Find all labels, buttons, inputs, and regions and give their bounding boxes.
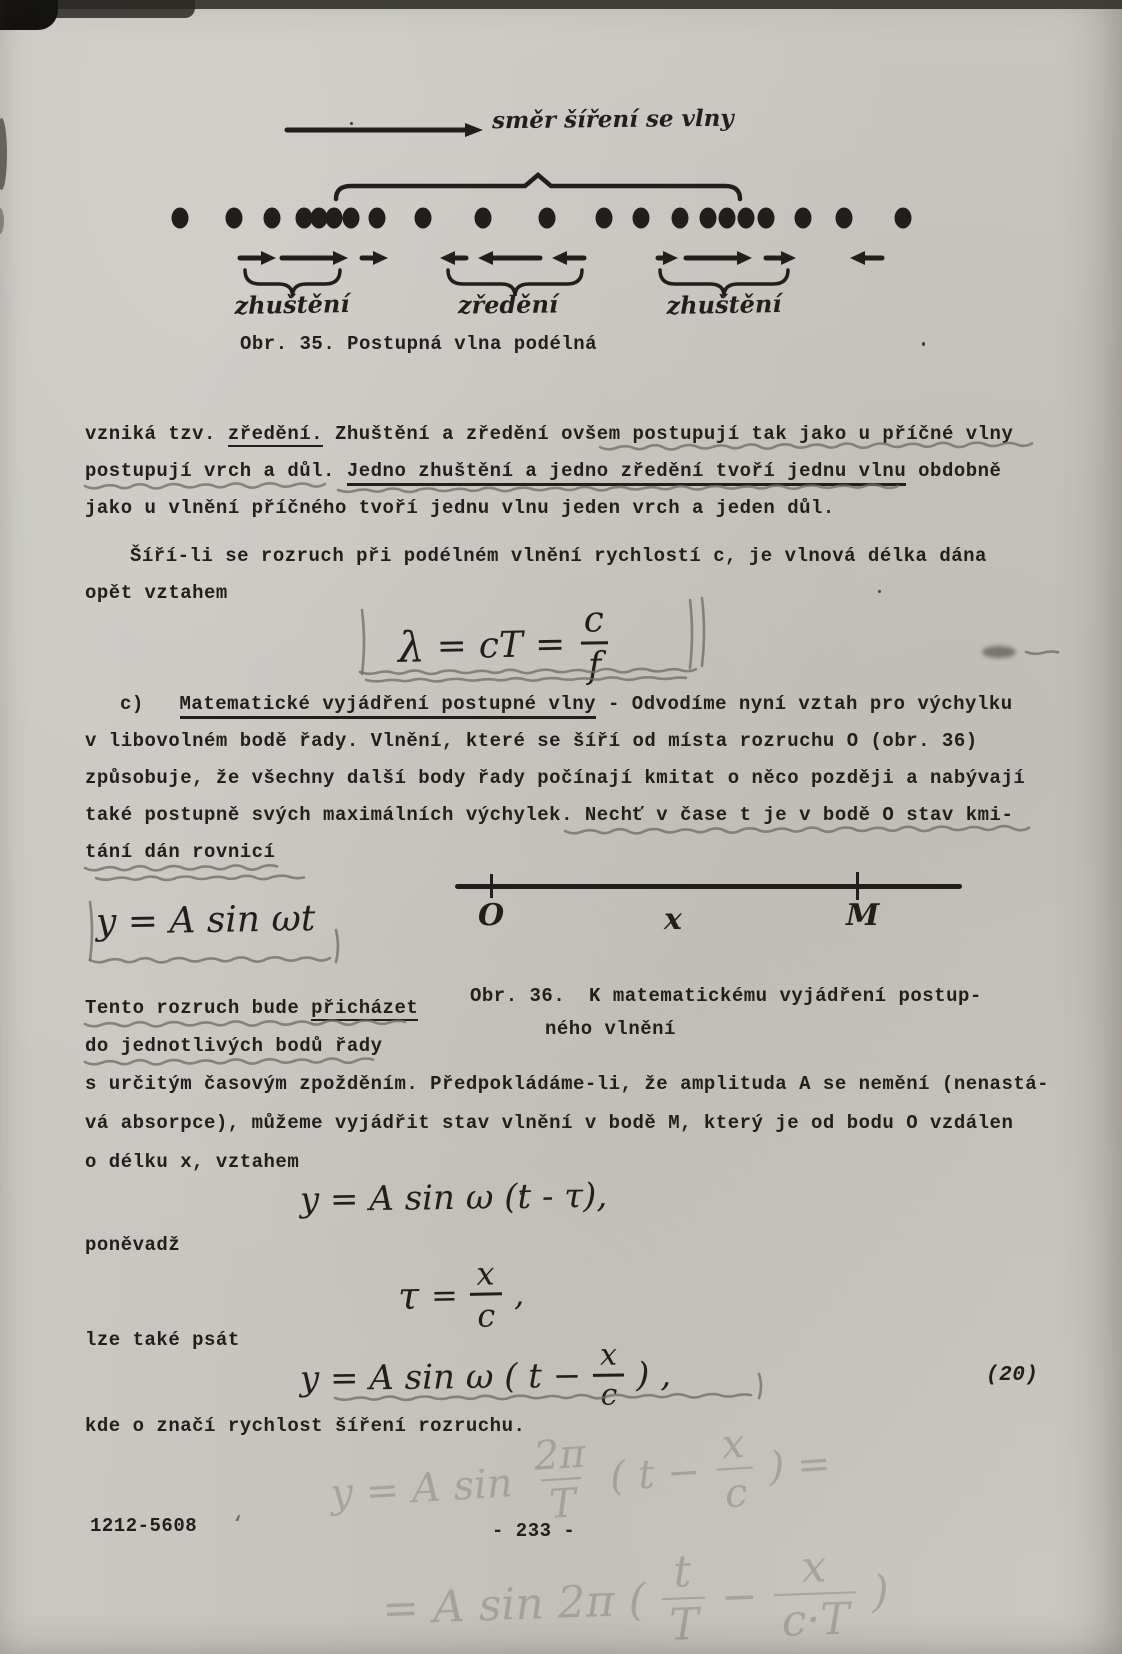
underlined-text: přicházet xyxy=(311,997,418,1021)
paragraph-line: s určitým časovým zpožděním. Předpokládá… xyxy=(85,1072,1049,1096)
text-run: Zhuštění a zředění ovšem postupují tak j… xyxy=(323,423,1013,445)
fraction-x-over-c: x c xyxy=(593,1341,625,1411)
section-letter: c) xyxy=(120,693,180,715)
pencil-run: − xyxy=(720,1571,759,1623)
text-run: vzniká tzv. xyxy=(85,423,228,445)
lambda-symbol: λ xyxy=(398,622,425,671)
paragraph-line: tání dán rovnicí xyxy=(85,840,275,864)
pencil-run: = A sin 2π ( xyxy=(381,1575,646,1635)
numerator: x xyxy=(714,1424,753,1469)
pencil-fraction: 2π T xyxy=(526,1433,597,1526)
speck xyxy=(922,342,925,346)
underlined-text: zředění. xyxy=(228,423,323,447)
section-heading: Matematické vyjádření postupné vlny xyxy=(180,693,597,719)
comma: , xyxy=(514,1275,525,1313)
paragraph-line: do jednotlivých bodů řady xyxy=(85,1034,383,1058)
pencil-formula-2: = A sin 2π ( t T − x c·T ) xyxy=(380,1543,890,1654)
paragraph-line: Tento rozruch bude přicházet xyxy=(85,996,418,1020)
pencil-fraction: x c xyxy=(714,1424,756,1515)
paragraph-line: o délku x, vztahem xyxy=(85,1150,299,1174)
figure-36-distance-x-label: x xyxy=(664,902,682,937)
travelling-wave-equation: y = A sin ω ( t − x c ) , xyxy=(300,1340,672,1414)
paragraph-line: kde o značí rychlost šíření rozruchu. xyxy=(85,1414,525,1438)
wavelength-formula: λ = cT = c f xyxy=(397,602,612,688)
figure-35-longitudinal-wave-diagram xyxy=(0,0,1122,340)
pencil-fraction: x c·T xyxy=(772,1544,857,1644)
paragraph-line: vá absorpce), můžeme vyjádřit stav vlněn… xyxy=(85,1111,1013,1135)
numerator: x xyxy=(794,1545,834,1593)
fraction-x-over-c: x c xyxy=(469,1257,502,1332)
paragraph-line: také postupně svých maximálních výchylek… xyxy=(85,803,1013,827)
equation-right-part: ) , xyxy=(636,1355,671,1395)
paragraph-line: jako u vlnění příčného tvoří jednu vlnu … xyxy=(85,496,835,520)
figure-36-point-o-label: O xyxy=(478,898,504,933)
denominator: c xyxy=(470,1292,503,1332)
footer-pencil-tick: ‘ xyxy=(232,1512,244,1536)
equation-left-part: y = A sin ω ( t − xyxy=(300,1356,582,1399)
text-run: - Odvodíme nyní vztah pro výchylku xyxy=(596,693,1013,715)
figure-36-caption-line-2: ného vlnění xyxy=(545,1017,676,1041)
direction-of-propagation-label: směr šíření se vlny xyxy=(492,105,734,135)
equals-sign: = xyxy=(436,625,467,667)
scan-left-blob-2 xyxy=(0,208,4,234)
paragraph-line: opět vztahem xyxy=(85,581,228,605)
denominator: T xyxy=(662,1597,707,1648)
figure-36-tick-m xyxy=(856,872,859,900)
pencil-run: ) xyxy=(871,1566,890,1618)
compression-label-1: zhuštění xyxy=(234,289,349,320)
figure-35-caption: Obr. 35. Postupná vlna podélná xyxy=(240,332,597,356)
pencil-run: ( t − xyxy=(609,1448,702,1499)
paragraph-line: lze také psát xyxy=(85,1328,240,1352)
section-heading-line: c) Matematické vyjádření postupné vlny -… xyxy=(120,692,1013,716)
figure-36-point-m-label: M xyxy=(846,898,879,933)
paragraph-line: Šíří-li se rozruch při podélném vlnění r… xyxy=(130,544,987,568)
pencil-fraction: t T xyxy=(660,1550,707,1648)
speck xyxy=(350,122,353,125)
equals-sign: = xyxy=(535,623,566,665)
numerator: 2π xyxy=(526,1433,594,1480)
numerator: x xyxy=(593,1341,624,1374)
wave-equation-with-delay: y = A sin ω (t - τ), xyxy=(300,1176,608,1220)
numerator: t xyxy=(666,1550,699,1598)
denominator: c·T xyxy=(774,1591,858,1644)
underlined-text: Jedno zhuštění a jedno zředění tvoří jed… xyxy=(347,460,906,486)
numerator: c xyxy=(576,602,611,642)
figure-36-axis-line xyxy=(455,884,962,889)
ct-term: cT xyxy=(478,624,523,666)
equals-sign: = xyxy=(431,1276,458,1314)
paragraph-line: poněvadž xyxy=(85,1233,180,1257)
paragraph-line: způsobuje, že všechny další body řady po… xyxy=(85,766,1025,790)
paragraph-line: v libovolném bodě řady. Vlnění, které se… xyxy=(85,729,978,753)
denominator: c xyxy=(593,1374,624,1411)
pencil-run: y = A sin xyxy=(329,1460,514,1517)
text-run: postupují vrch a důl. xyxy=(85,460,347,482)
denominator: T xyxy=(541,1477,584,1525)
tau-symbol: τ xyxy=(398,1274,420,1318)
scanned-document-page: směr šíření se vlny zhuštění zředění zhu… xyxy=(0,0,1122,1654)
delay-formula: τ = x c , xyxy=(397,1257,524,1333)
scan-left-blob xyxy=(0,118,7,190)
fraction-c-over-f: c f xyxy=(576,602,612,685)
figure-36-tick-o xyxy=(490,874,493,898)
rarefaction-label: zředění xyxy=(458,290,558,320)
figure-36-caption-line-1: Obr. 36. K matematickému vyjádření postu… xyxy=(470,984,982,1008)
text-run: obdobně xyxy=(906,460,1001,482)
ink-smudge xyxy=(982,646,1016,658)
paragraph-line: vzniká tzv. zředění. Zhuštění a zředění … xyxy=(85,422,1013,446)
paragraph-line: postupují vrch a důl. Jedno zhuštění a j… xyxy=(85,459,1001,483)
speck xyxy=(878,590,881,593)
denominator: f xyxy=(581,641,609,684)
scan-corner-blob xyxy=(0,0,58,30)
text-run: Tento rozruch bude xyxy=(85,997,311,1019)
equation-number: (20) xyxy=(986,1364,1038,1388)
pencil-run: ) = xyxy=(767,1440,832,1490)
oscillation-equation: y = A sin ωt xyxy=(96,898,316,943)
document-number: 1212-5608 xyxy=(90,1514,197,1538)
numerator: x xyxy=(469,1257,502,1293)
denominator: c xyxy=(716,1466,755,1514)
compression-label-2: zhuštění xyxy=(666,289,781,320)
